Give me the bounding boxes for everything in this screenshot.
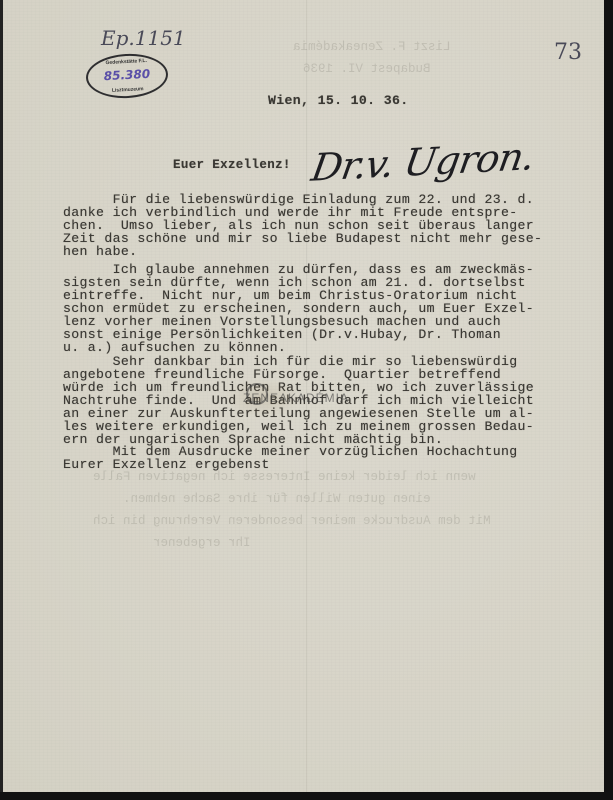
handwritten-addressee: Dr.v. Ugron. — [308, 134, 537, 189]
show-through-text: wenn ich leider keine Interesse ich nega… — [93, 470, 476, 484]
body-line: hen habe. — [63, 244, 137, 259]
show-through-text: Budapest VI. 1936 — [303, 62, 431, 76]
archive-reference: Ep.1151 — [101, 26, 186, 50]
show-through-text: einen guten Willen für ihre Sache nehmen… — [123, 492, 431, 506]
body-line: u. a.) aufsuchen zu können. — [63, 340, 286, 355]
body-line: Eurer Exzellenz ergebenst — [63, 457, 270, 472]
date-line: Wien, 15. 10. 36. — [268, 93, 408, 108]
show-through-text: Ihr ergebener — [153, 536, 251, 550]
stamp-number: 85.380 — [88, 66, 167, 84]
scan-bottom-edge — [0, 792, 613, 800]
show-through-text: Mit dem Ausdrucke meiner besonderen Vere… — [93, 514, 491, 528]
overstamp-text: ZENEAKADÉMIA — [243, 391, 349, 405]
stamp-top-text: Gedenkstätte F.L. — [87, 57, 165, 67]
show-through-text: Liszt F. Zeneakadémia — [293, 40, 451, 54]
scan-right-edge — [604, 0, 613, 800]
page-number: 73 — [554, 40, 582, 65]
archive-stamp: Gedenkstätte F.L. 85.380 Lisztmuzeum — [85, 52, 169, 100]
letter-page: Liszt F. Zeneakadémia Budapest VI. 1936 … — [3, 0, 604, 792]
salutation: Euer Exzellenz! — [173, 158, 291, 172]
stamp-bottom-text: Lisztmuzeum — [89, 85, 167, 95]
